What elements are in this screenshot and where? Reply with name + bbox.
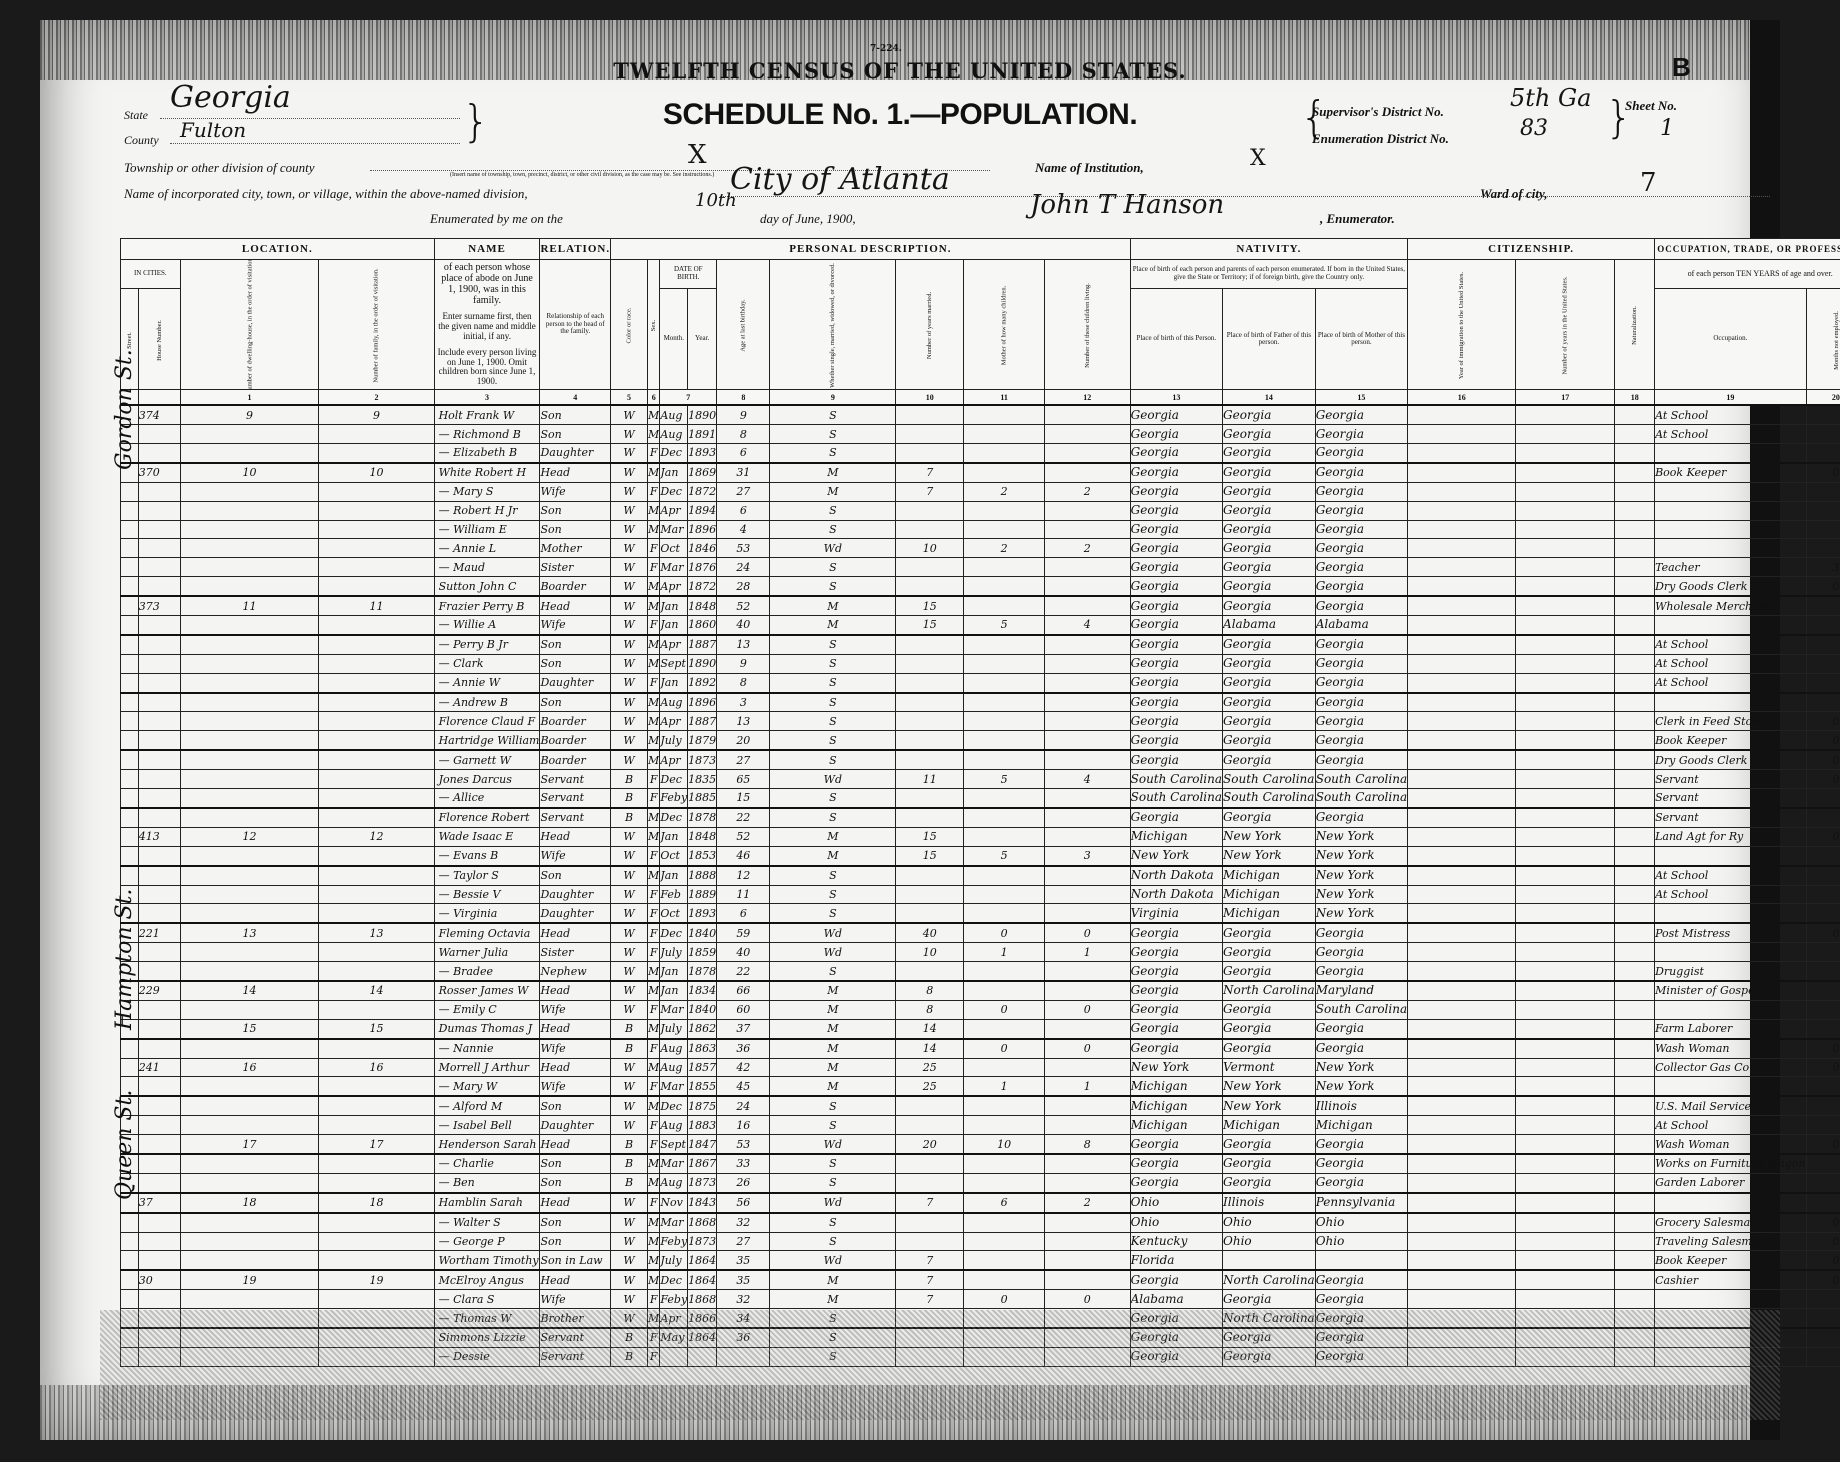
marital-status: Wd (770, 1135, 896, 1154)
birthplace-person: Ohio (1130, 1193, 1222, 1213)
birth-month: Mar (660, 1154, 688, 1173)
age: 16 (717, 1116, 770, 1135)
naturalization (1615, 1290, 1655, 1309)
color: W (611, 1096, 648, 1115)
col-num (138, 390, 180, 406)
occupation: Post Mistress (1655, 923, 1806, 942)
birth-month: Aug (660, 1116, 688, 1135)
children-living (1044, 654, 1130, 673)
mother-of (964, 885, 1045, 904)
sex: M (648, 596, 660, 615)
birthplace-mother: Georgia (1315, 712, 1407, 731)
birth-month: Mar (660, 1077, 688, 1096)
marital-status: S (770, 444, 896, 463)
years-in-us (1516, 750, 1615, 769)
person-name: Dumas Thomas J (434, 1019, 540, 1038)
birthplace-person: South Carolina (1130, 770, 1222, 789)
sex: F (648, 1000, 660, 1019)
sex: M (648, 827, 660, 846)
color: W (611, 923, 648, 942)
children-living (1044, 904, 1130, 923)
immigration-year (1408, 654, 1516, 673)
children-living (1044, 673, 1130, 692)
birth-month: July (660, 1019, 688, 1038)
relation: Son (540, 866, 611, 885)
header-month: Month. (660, 289, 688, 390)
color: W (611, 1077, 648, 1096)
immigration-year (1408, 616, 1516, 635)
person-name: — Garnett W (434, 750, 540, 769)
immigration-year (1408, 577, 1516, 596)
relation: Head (540, 1058, 611, 1077)
children-living: 2 (1044, 539, 1130, 558)
birth-month: Mar (660, 558, 688, 577)
header-nativity-desc: Place of birth of each person and parent… (1130, 260, 1408, 289)
family-number (319, 904, 434, 923)
sex: F (648, 1116, 660, 1135)
age: 22 (717, 808, 770, 827)
immigration-year (1408, 1193, 1516, 1213)
birthplace-mother: Ohio (1315, 1232, 1407, 1251)
age: 28 (717, 577, 770, 596)
months-unemployed (1806, 1077, 1840, 1096)
mother-of: 5 (964, 770, 1045, 789)
occupation: At School (1655, 635, 1806, 654)
mother-of (964, 962, 1045, 981)
months-unemployed (1806, 1154, 1840, 1173)
family-number (319, 1290, 434, 1309)
sex: F (648, 943, 660, 962)
birthplace-person: Georgia (1130, 463, 1222, 482)
color: W (611, 1193, 648, 1213)
person-name: — Virginia (434, 904, 540, 923)
occupation (1655, 501, 1806, 520)
relation: Son (540, 635, 611, 654)
color: B (611, 770, 648, 789)
years-married: 25 (896, 1058, 964, 1077)
marital-status: M (770, 1000, 896, 1019)
months-unemployed (1806, 444, 1840, 463)
birth-year: 1879 (688, 731, 717, 750)
relation: Son (540, 654, 611, 673)
birth-year: 1860 (688, 616, 717, 635)
person-name: — Alford M (434, 1096, 540, 1115)
sex: M (648, 1270, 660, 1289)
naturalization (1615, 1039, 1655, 1058)
years-in-us (1516, 1135, 1615, 1154)
table-row: — Annie WDaughterWFJan18928SGeorgiaGeorg… (121, 673, 1840, 692)
table-row: Hartridge WilliamBoarderWMJuly187920SGeo… (121, 731, 1840, 750)
birthplace-mother: Georgia (1315, 808, 1407, 827)
birth-month: July (660, 731, 688, 750)
col-num: 9 (770, 390, 896, 406)
family-number (319, 866, 434, 885)
relation: Son in Law (540, 1251, 611, 1270)
person-name: — Willie A (434, 616, 540, 635)
years-married: 8 (896, 981, 964, 1000)
birthplace-person: Georgia (1130, 405, 1222, 424)
marital-status: S (770, 866, 896, 885)
years-married (896, 501, 964, 520)
immigration-year (1408, 827, 1516, 846)
years-married: 7 (896, 482, 964, 501)
color: W (611, 1000, 648, 1019)
table-row: — BradeeNephewWMJan187822SGeorgiaGeorgia… (121, 962, 1840, 981)
enumerated-day: 10th (695, 190, 737, 211)
person-name: — Allice (434, 789, 540, 808)
birthplace-father: Georgia (1223, 1000, 1316, 1019)
birth-year: 1853 (688, 846, 717, 865)
birth-month: Aug (660, 693, 688, 712)
birthplace-father: Georgia (1223, 501, 1316, 520)
birthplace-father: Michigan (1223, 904, 1316, 923)
col-num: 2 (319, 390, 434, 406)
marital-status: Wd (770, 943, 896, 962)
birth-year: 1873 (688, 750, 717, 769)
birth-month: Feby (660, 1232, 688, 1251)
months-unemployed: 0 (1806, 923, 1840, 942)
birth-year: 1890 (688, 654, 717, 673)
color: W (611, 750, 648, 769)
years-in-us (1516, 923, 1615, 942)
family-number: 18 (319, 1193, 434, 1213)
naturalization (1615, 1019, 1655, 1038)
months-unemployed (1806, 425, 1840, 444)
sex: M (648, 750, 660, 769)
children-living (1044, 712, 1130, 731)
header-immigration: Year of immigration to the United States… (1408, 260, 1516, 390)
age: 32 (717, 1213, 770, 1232)
person-name: Hartridge William (434, 731, 540, 750)
family-number (319, 770, 434, 789)
header-dwelling: Number of dwelling-house, in the order o… (180, 260, 319, 390)
months-unemployed (1806, 1347, 1840, 1366)
birth-year: 1869 (688, 463, 717, 482)
house-number (138, 1039, 180, 1058)
marital-status: M (770, 827, 896, 846)
house-number (138, 1290, 180, 1309)
header-mother-of: Mother of how many children. (964, 260, 1045, 390)
months-unemployed (1806, 1173, 1840, 1192)
years-married: 14 (896, 1019, 964, 1038)
birthplace-father: Ohio (1223, 1213, 1316, 1232)
occupation: Works on Furniture Wagon (1655, 1154, 1806, 1173)
mother-of (964, 866, 1045, 885)
table-row: 3701010White Robert HHeadWMJan186931M7Ge… (121, 463, 1840, 482)
header-children-living: Number of these children living. (1044, 260, 1130, 390)
birth-month: Dec (660, 444, 688, 463)
birthplace-mother: Georgia (1315, 673, 1407, 692)
person-name: — Robert H Jr (434, 501, 540, 520)
family-number (319, 1251, 434, 1270)
birthplace-person: Georgia (1130, 962, 1222, 981)
children-living (1044, 558, 1130, 577)
birthplace-person: Alabama (1130, 1290, 1222, 1309)
relation: Son (540, 405, 611, 424)
birth-year: 1863 (688, 1039, 717, 1058)
marital-status: M (770, 1019, 896, 1038)
header-nativity: NATIVITY. (1130, 239, 1408, 260)
sex: M (648, 1058, 660, 1077)
house-number (138, 520, 180, 539)
birthplace-father: Georgia (1223, 712, 1316, 731)
relation: Son (540, 1232, 611, 1251)
street-cell (121, 1039, 139, 1058)
immigration-year (1408, 635, 1516, 654)
mother-of (964, 789, 1045, 808)
family-number (319, 1173, 434, 1192)
age: 4 (717, 520, 770, 539)
occupation (1655, 1290, 1806, 1309)
birthplace-person: Georgia (1130, 981, 1222, 1000)
census-table: LOCATION. NAME RELATION. PERSONAL DESCRI… (120, 238, 1840, 1367)
street-cell (121, 577, 139, 596)
birth-year: 1872 (688, 482, 717, 501)
children-living: 0 (1044, 1290, 1130, 1309)
relation: Boarder (540, 731, 611, 750)
relation: Boarder (540, 712, 611, 731)
age: 56 (717, 1193, 770, 1213)
street-cell (121, 1058, 139, 1077)
mother-of (964, 1251, 1045, 1270)
family-number (319, 943, 434, 962)
street-cell (121, 635, 139, 654)
years-in-us (1516, 770, 1615, 789)
street-cell (121, 731, 139, 750)
relation: Son (540, 693, 611, 712)
children-living (1044, 962, 1130, 981)
years-married: 14 (896, 1039, 964, 1058)
dwelling-number (180, 770, 319, 789)
years-married (896, 1232, 964, 1251)
street-cell (121, 866, 139, 885)
occupation: Servant (1655, 770, 1806, 789)
months-unemployed (1806, 1000, 1840, 1019)
birth-year: 1891 (688, 425, 717, 444)
naturalization (1615, 501, 1655, 520)
birth-year: 1878 (688, 808, 717, 827)
dwelling-number (180, 558, 319, 577)
street-cell (121, 827, 139, 846)
birthplace-mother: Georgia (1315, 1173, 1407, 1192)
birthplace-person: Georgia (1130, 654, 1222, 673)
immigration-year (1408, 981, 1516, 1000)
naturalization (1615, 1135, 1655, 1154)
birthplace-mother: Georgia (1315, 520, 1407, 539)
years-married (896, 673, 964, 692)
immigration-year (1408, 444, 1516, 463)
house-number (138, 1135, 180, 1154)
street-cell (121, 482, 139, 501)
naturalization (1615, 463, 1655, 482)
sheet-value: 1 (1660, 116, 1674, 141)
house-number (138, 635, 180, 654)
birthplace-father: North Carolina (1223, 981, 1316, 1000)
children-living (1044, 1116, 1130, 1135)
birthplace-mother: Georgia (1315, 1154, 1407, 1173)
relation: Wife (540, 1290, 611, 1309)
occupation: Farm Laborer (1655, 1019, 1806, 1038)
dwelling-number (180, 1213, 319, 1232)
street-cell (121, 1232, 139, 1251)
birthplace-person: Georgia (1130, 1270, 1222, 1289)
street-cell (121, 846, 139, 865)
house-number (138, 654, 180, 673)
birth-year: 1848 (688, 596, 717, 615)
birthplace-mother: New York (1315, 904, 1407, 923)
occupation (1655, 520, 1806, 539)
mother-of (964, 1270, 1045, 1289)
birthplace-father: Georgia (1223, 673, 1316, 692)
col-num: 1 (180, 390, 319, 406)
col-num: 10 (896, 390, 964, 406)
family-number: 14 (319, 981, 434, 1000)
sex: F (648, 1077, 660, 1096)
birth-month: Feby (660, 789, 688, 808)
sex: M (648, 1232, 660, 1251)
children-living: 3 (1044, 846, 1130, 865)
immigration-year (1408, 1154, 1516, 1173)
age: 45 (717, 1077, 770, 1096)
street-cell (121, 808, 139, 827)
years-married (896, 444, 964, 463)
months-unemployed (1806, 981, 1840, 1000)
years-in-us (1516, 731, 1615, 750)
age: 59 (717, 923, 770, 942)
birth-month: Aug (660, 1039, 688, 1058)
children-living: 2 (1044, 1193, 1130, 1213)
person-name: — William E (434, 520, 540, 539)
dwelling-number: 12 (180, 827, 319, 846)
naturalization (1615, 1116, 1655, 1135)
mother-of: 2 (964, 539, 1045, 558)
years-in-us (1516, 808, 1615, 827)
years-married (896, 1154, 964, 1173)
years-in-us (1516, 981, 1615, 1000)
col-num: 19 (1655, 390, 1806, 406)
months-unemployed (1806, 808, 1840, 827)
naturalization (1615, 943, 1655, 962)
table-row: — Alford MSonWMDec187524SMichiganNew Yor… (121, 1096, 1840, 1115)
months-unemployed: 0 (1806, 577, 1840, 596)
person-name: — Nannie (434, 1039, 540, 1058)
scan-degradation (100, 1310, 1780, 1420)
relation: Daughter (540, 673, 611, 692)
relation: Head (540, 827, 611, 846)
table-row: Jones DarcusServantBFDec183565Wd1154Sout… (121, 770, 1840, 789)
person-name: — Clara S (434, 1290, 540, 1309)
marital-status: S (770, 693, 896, 712)
months-unemployed: 0 (1806, 1213, 1840, 1232)
birth-year: 1885 (688, 789, 717, 808)
relation: Wife (540, 482, 611, 501)
relation: Head (540, 596, 611, 615)
marital-status: S (770, 558, 896, 577)
birthplace-person: Georgia (1130, 731, 1222, 750)
color: B (611, 1154, 648, 1173)
age: 6 (717, 444, 770, 463)
birth-month: Dec (660, 1096, 688, 1115)
birth-year: 1873 (688, 1173, 717, 1192)
years-married: 7 (896, 1251, 964, 1270)
table-row: Sutton John CBoarderWMApr187228SGeorgiaG… (121, 577, 1840, 596)
immigration-year (1408, 673, 1516, 692)
birthplace-mother: South Carolina (1315, 770, 1407, 789)
months-unemployed: 0 (1806, 770, 1840, 789)
birthplace-father: Georgia (1223, 482, 1316, 501)
county-label: County (124, 133, 159, 148)
color: B (611, 808, 648, 827)
birthplace-person: Georgia (1130, 616, 1222, 635)
supervisor-value: 5th Ga (1510, 84, 1591, 112)
person-name: — Maud (434, 558, 540, 577)
age: 6 (717, 904, 770, 923)
house-number (138, 482, 180, 501)
sex: M (648, 1213, 660, 1232)
birthplace-father: Georgia (1223, 635, 1316, 654)
dwelling-number (180, 846, 319, 865)
person-name: — Andrew B (434, 693, 540, 712)
marital-status: M (770, 1290, 896, 1309)
age: 13 (717, 635, 770, 654)
naturalization (1615, 962, 1655, 981)
children-living (1044, 1173, 1130, 1192)
color: W (611, 1058, 648, 1077)
birthplace-mother: Georgia (1315, 425, 1407, 444)
years-in-us (1516, 558, 1615, 577)
table-row: 3731111Frazier Perry BHeadWMJan184852M15… (121, 596, 1840, 615)
relation: Wife (540, 846, 611, 865)
months-unemployed (1806, 654, 1840, 673)
family-number (319, 520, 434, 539)
immigration-year (1408, 539, 1516, 558)
birth-year: 1846 (688, 539, 717, 558)
occupation: Servant (1655, 808, 1806, 827)
birthplace-mother: Georgia (1315, 731, 1407, 750)
months-unemployed: 0 (1806, 1270, 1840, 1289)
immigration-year (1408, 1019, 1516, 1038)
months-unemployed (1806, 673, 1840, 692)
years-in-us (1516, 654, 1615, 673)
house-number (138, 712, 180, 731)
occupation (1655, 1193, 1806, 1213)
person-name: Warner Julia (434, 943, 540, 962)
years-married (896, 577, 964, 596)
relation: Head (540, 1193, 611, 1213)
header-occupation: OCCUPATION, TRADE, OR PROFESSION (1655, 239, 1840, 260)
months-unemployed (1806, 635, 1840, 654)
birth-month: Sept (660, 654, 688, 673)
mother-of (964, 596, 1045, 615)
person-name: — Walter S (434, 1213, 540, 1232)
relation: Servant (540, 808, 611, 827)
dwelling-number (180, 808, 319, 827)
table-row: — VirginiaDaughterWFOct18936SVirginiaMic… (121, 904, 1840, 923)
mother-of (964, 425, 1045, 444)
table-row: 371818Hamblin SarahHeadWFNov184356Wd762O… (121, 1193, 1840, 1213)
naturalization (1615, 558, 1655, 577)
house-number (138, 866, 180, 885)
sex: M (648, 693, 660, 712)
table-row: — George PSonWMFeby187327SKentuckyOhioOh… (121, 1232, 1840, 1251)
birth-year: 1896 (688, 693, 717, 712)
table-row: — Taylor SSonWMJan188812SNorth DakotaMic… (121, 866, 1840, 885)
birthplace-mother: Georgia (1315, 943, 1407, 962)
immigration-year (1408, 501, 1516, 520)
table-row: — Walter SSonWMMar186832SOhioOhioOhioGro… (121, 1213, 1840, 1232)
sex: F (648, 1290, 660, 1309)
birth-year: 1888 (688, 866, 717, 885)
